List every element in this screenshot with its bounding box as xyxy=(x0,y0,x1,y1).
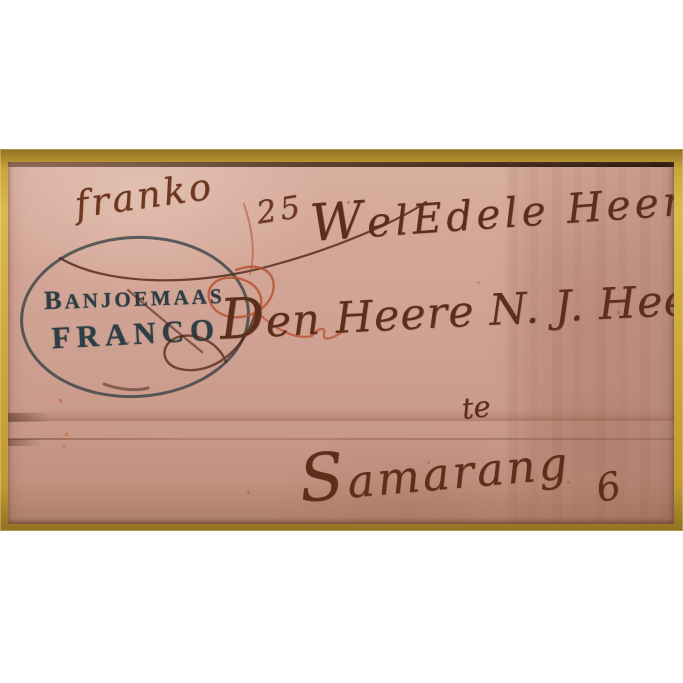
letter-paper: BANJOEMAAS FRANCO franko 25 WelEdele Hee… xyxy=(8,162,674,524)
gold-frame: BANJOEMAAS FRANCO franko 25 WelEdele Hee… xyxy=(0,149,683,531)
edge-smudge xyxy=(8,439,42,446)
address-te: te xyxy=(460,389,492,426)
fold-crease-upper xyxy=(8,409,674,422)
edge-smudge xyxy=(8,413,50,422)
postmark-franco-text: FRANCO xyxy=(51,311,221,356)
manuscript-rate-value: 25 xyxy=(254,189,307,232)
postmark-town-text: BANJOEMAAS xyxy=(43,279,224,315)
postmark-oval: BANJOEMAAS FRANCO xyxy=(16,230,254,404)
red-crayon-arc xyxy=(244,204,253,274)
manuscript-rate-note: franko xyxy=(72,165,217,227)
cover-photograph: BANJOEMAAS FRANCO franko 25 WelEdele Hee… xyxy=(0,149,683,531)
paper-speckles xyxy=(8,162,9,163)
